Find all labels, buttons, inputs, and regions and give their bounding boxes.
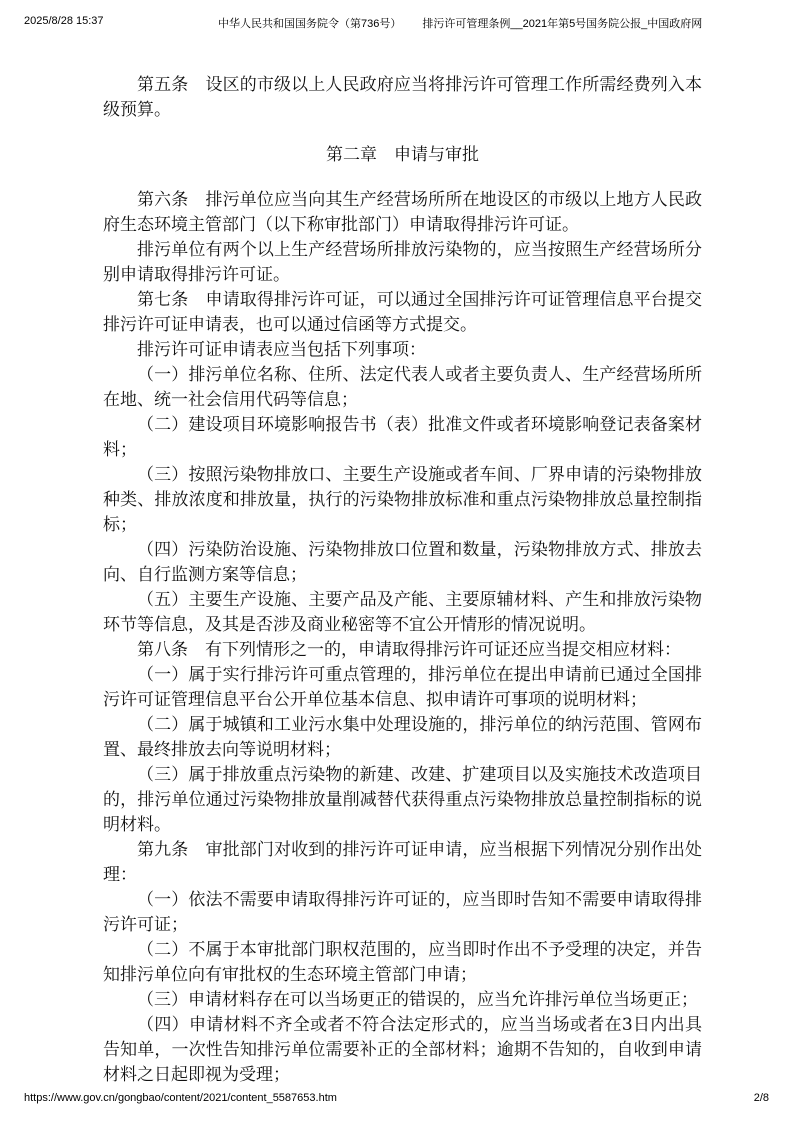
paragraph: 排污单位有两个以上生产经营场所排放污染物的，应当按照生产经营场所分别申请取得排污… xyxy=(103,238,702,288)
paragraph: （二）建设项目环境影响报告书（表）批准文件或者环境影响登记表备案材料； xyxy=(103,413,702,463)
paragraph: 第六条 排污单位应当向其生产经营场所所在地设区的市级以上地方人民政府生态环境主管… xyxy=(103,188,702,238)
paragraph: （四）申请材料不齐全或者不符合法定形式的，应当当场或者在3日内出具告知单，一次性… xyxy=(103,1013,702,1088)
paragraph: （三）申请材料存在可以当场更正的错误的，应当允许排污单位当场更正； xyxy=(103,988,702,1013)
paragraph: （三）按照污染物排放口、主要生产设施或者车间、厂界申请的污染物排放种类、排放浓度… xyxy=(103,463,702,538)
paragraph: 第五条 设区的市级以上人民政府应当将排污许可管理工作所需经费列入本级预算。 xyxy=(103,73,702,123)
paragraph: （五）主要生产设施、主要产品及产能、主要原辅材料、产生和排放污染物环节等信息，及… xyxy=(103,588,702,638)
print-footer-page-indicator: 2/8 xyxy=(754,1092,769,1104)
paragraph: （二）不属于本审批部门职权范围的，应当即时作出不予受理的决定，并告知排污单位向有… xyxy=(103,938,702,988)
paragraph: 第八条 有下列情形之一的，申请取得排污许可证还应当提交相应材料： xyxy=(103,638,702,663)
print-header-title-page: 排污许可管理条例__2021年第5号国务院公报_中国政府网 xyxy=(422,18,702,30)
paragraph: 第九条 审批部门对收到的排污许可证申请，应当根据下列情况分别作出处理： xyxy=(103,838,702,888)
print-header-datetime: 2025/8/28 15:37 xyxy=(24,15,104,27)
paragraph: （四）污染防治设施、污染物排放口位置和数量，污染物排放方式、排放去向、自行监测方… xyxy=(103,538,702,588)
paragraph: （一）依法不需要申请取得排污许可证的，应当即时告知不需要申请取得排污许可证； xyxy=(103,888,702,938)
print-header-title: 中华人民共和国国务院令（第736号）排污许可管理条例__2021年第5号国务院公… xyxy=(218,15,702,31)
document-body: 第五条 设区的市级以上人民政府应当将排污许可管理工作所需经费列入本级预算。第二章… xyxy=(103,73,702,1088)
print-footer-url: https://www.gov.cn/gongbao/content/2021/… xyxy=(24,1092,337,1104)
paragraph: （二）属于城镇和工业污水集中处理设施的，排污单位的纳污范围、管网布置、最终排放去… xyxy=(103,713,702,763)
paragraph: 第七条 申请取得排污许可证，可以通过全国排污许可证管理信息平台提交排污许可证申请… xyxy=(103,288,702,338)
paragraph: （一）排污单位名称、住所、法定代表人或者主要负责人、生产经营场所所在地、统一社会… xyxy=(103,363,702,413)
chapter-heading: 第二章 申请与审批 xyxy=(103,143,702,168)
paragraph: （一）属于实行排污许可重点管理的，排污单位在提出申请前已通过全国排污许可证管理信… xyxy=(103,663,702,713)
paragraph: （三）属于排放重点污染物的新建、改建、扩建项目以及实施技术改造项目的，排污单位通… xyxy=(103,763,702,838)
paragraph: 排污许可证申请表应当包括下列事项： xyxy=(103,338,702,363)
print-page: 2025/8/28 15:37 中华人民共和国国务院令（第736号）排污许可管理… xyxy=(0,0,793,1122)
print-header-title-decree: 中华人民共和国国务院令（第736号） xyxy=(218,18,401,30)
